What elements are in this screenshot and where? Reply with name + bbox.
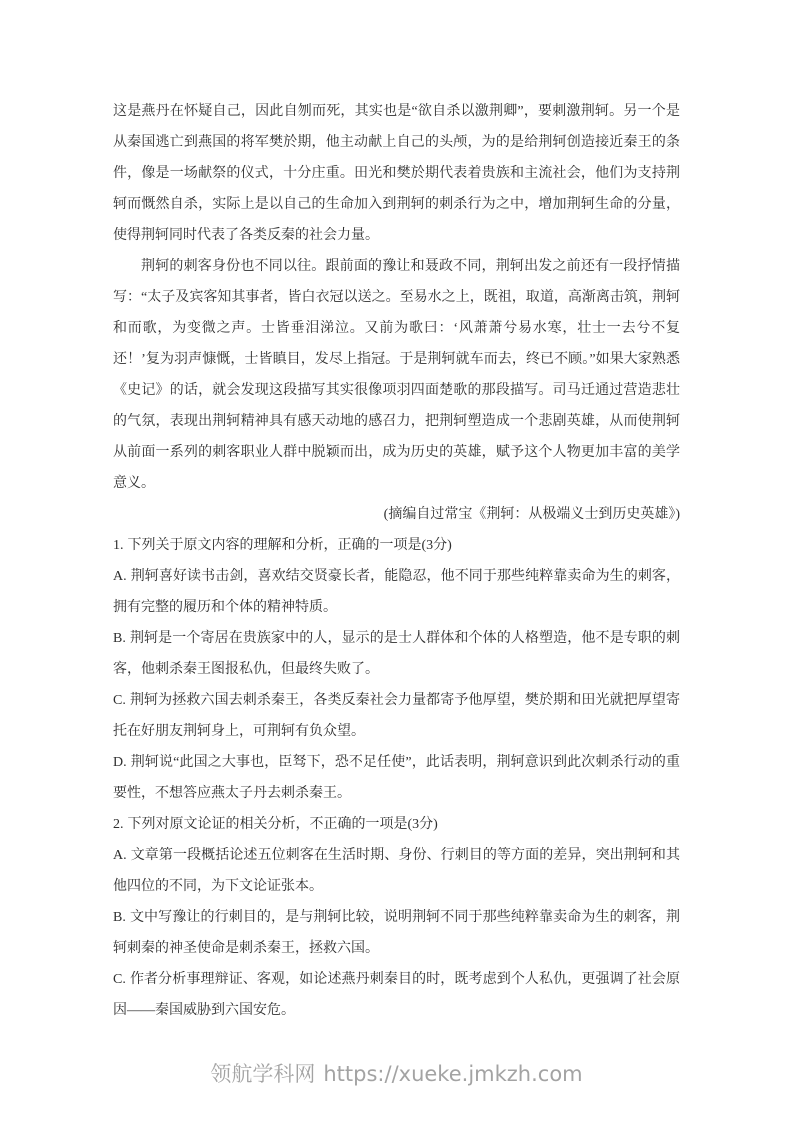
option-c-text: 荆轲为拯救六国去刺杀秦王，各类反秦社会力量都寄予他厚望，樊於期和田光就把厚望寄托…	[113, 693, 680, 739]
option-a-label: A.	[113, 569, 127, 584]
watermark-url: https://xueke.jmkzh.com	[323, 1062, 582, 1086]
option-c-label: C.	[113, 972, 126, 987]
question-block-2: 2.下列对原文论证的相关分析，不正确的一项是(3分) A.文章第一段概括论述五位…	[113, 809, 680, 1026]
watermark-site-name: 领航学科网	[210, 1062, 315, 1086]
option-a-text: 荆轲喜好读书击剑，喜欢结交贤豪长者，能隐忍，他不同于那些纯粹靠卖命为生的刺客，拥…	[113, 569, 680, 615]
option-a-label: A.	[113, 848, 127, 863]
question-1-stem: 1.下列关于原文内容的理解和分析，正确的一项是(3分)	[113, 530, 680, 561]
question-1-stem-text: 下列关于原文内容的理解和分析，正确的一项是(3分)	[128, 538, 452, 553]
exam-document-page: 这是燕丹在怀疑自己，因此自刎而死，其实也是“欲自杀以激荆卿”，要刺激荆轲。另一个…	[0, 0, 793, 1122]
question-2-option-a: A.文章第一段概括论述五位刺客在生活时期、身份、行刺目的等方面的差异，突出荆轲和…	[113, 840, 680, 902]
option-a-text: 文章第一段概括论述五位刺客在生活时期、身份、行刺目的等方面的差异，突出荆轲和其他…	[113, 848, 680, 894]
option-b-text: 文中写豫让的行刺目的，是与荆轲比较，说明荆轲不同于那些纯粹靠卖命为生的刺客，荆轲…	[113, 910, 680, 956]
passage-attribution: (摘编自过常宝《荆轲：从极端义士到历史英雄》)	[113, 499, 680, 530]
question-1-option-a: A.荆轲喜好读书击剑，喜欢结交贤豪长者，能隐忍，他不同于那些纯粹靠卖命为生的刺客…	[113, 561, 680, 623]
option-c-label: C.	[113, 693, 126, 708]
option-d-label: D.	[113, 755, 127, 770]
question-2-stem: 2.下列对原文论证的相关分析，不正确的一项是(3分)	[113, 809, 680, 840]
question-1-option-b: B.荆轲是一个寄居在贵族家中的人，显示的是士人群体和个体的人格塑造，他不是专职的…	[113, 623, 680, 685]
question-1-option-c: C.荆轲为拯救六国去刺杀秦王，各类反秦社会力量都寄予他厚望，樊於期和田光就把厚望…	[113, 685, 680, 747]
passage-paragraph-2: 荆轲的刺客身份也不同以往。跟前面的豫让和聂政不同，荆轲出发之前还有一段抒情描写：…	[113, 251, 680, 499]
option-c-text: 作者分析事理辩证、客观，如论述燕丹刺秦目的时，既考虑到个人私仇，更强调了社会原因…	[113, 972, 680, 1018]
question-2-option-b: B.文中写豫让的行刺目的，是与荆轲比较，说明荆轲不同于那些纯粹靠卖命为生的刺客，…	[113, 902, 680, 964]
option-b-text: 荆轲是一个寄居在贵族家中的人，显示的是士人群体和个体的人格塑造，他不是专职的刺客…	[113, 631, 680, 677]
question-1-option-d: D.荆轲说“此国之大事也，臣驽下，恐不足任使”，此话表明，荆轲意识到此次刺杀行动…	[113, 747, 680, 809]
question-2-stem-text: 下列对原文论证的相关分析，不正确的一项是(3分)	[128, 817, 438, 832]
option-b-label: B.	[113, 631, 126, 646]
question-2-number: 2.	[113, 817, 124, 832]
question-2-option-c: C.作者分析事理辩证、客观，如论述燕丹刺秦目的时，既考虑到个人私仇，更强调了社会…	[113, 964, 680, 1026]
passage-paragraph-1: 这是燕丹在怀疑自己，因此自刎而死，其实也是“欲自杀以激荆卿”，要刺激荆轲。另一个…	[113, 96, 680, 251]
reading-passage-section: 这是燕丹在怀疑自己，因此自刎而死，其实也是“欲自杀以激荆卿”，要刺激荆轲。另一个…	[113, 96, 680, 1026]
option-b-label: B.	[113, 910, 126, 925]
watermark-footer: 领航学科网https://xueke.jmkzh.com	[0, 1060, 793, 1088]
question-block-1: 1.下列关于原文内容的理解和分析，正确的一项是(3分) A.荆轲喜好读书击剑，喜…	[113, 530, 680, 809]
option-d-text: 荆轲说“此国之大事也，臣驽下，恐不足任使”，此话表明，荆轲意识到此次刺杀行动的重…	[113, 755, 680, 801]
question-1-number: 1.	[113, 538, 124, 553]
